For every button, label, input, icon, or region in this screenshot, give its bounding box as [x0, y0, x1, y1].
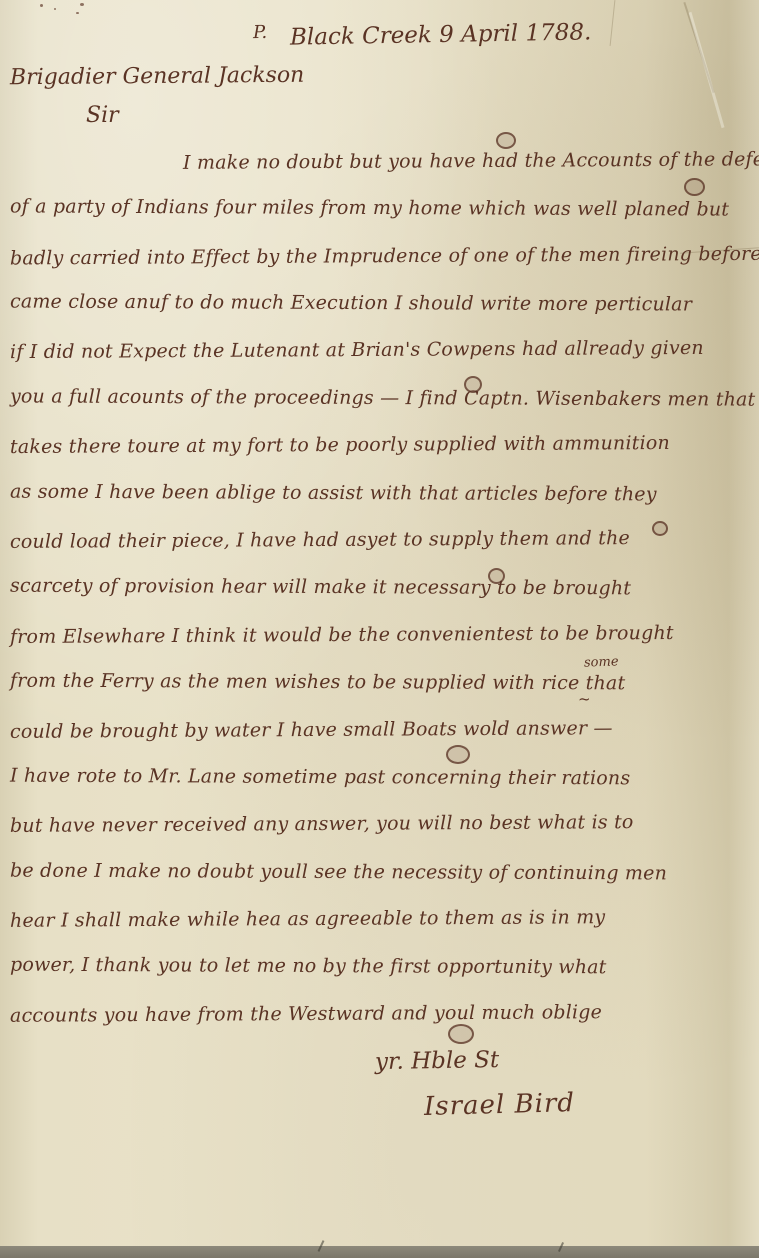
ink-blot — [684, 178, 705, 196]
body-line: I make no doubt but you have had the Acc… — [183, 148, 759, 174]
ink-blot — [448, 1024, 474, 1044]
body-line: hear I shall make while hea as agreeable… — [10, 906, 605, 932]
insertion-caret-icon: ~ — [578, 690, 591, 708]
ink-speck — [80, 3, 84, 6]
ink-blot — [446, 745, 470, 764]
body-line: scarcety of provision hear will make it … — [10, 575, 631, 600]
body-line: be done I make no doubt youll see the ne… — [10, 860, 667, 885]
ink-speck — [76, 12, 79, 14]
ink-blot — [496, 132, 516, 149]
paper-crease — [610, 0, 616, 46]
heading-mark: P. — [253, 22, 268, 43]
recipient-line: Brigadier General Jackson — [10, 63, 305, 91]
body-line: if I did not Expect the Lutenant at Bria… — [10, 337, 704, 363]
body-line: of a party of Indians four miles from my… — [10, 195, 729, 220]
body-line: could be brought by water I have small B… — [10, 717, 613, 743]
body-line: came close anuf to do much Execution I s… — [10, 291, 692, 316]
body-line: I have rote to Mr. Lane sometime past co… — [10, 765, 630, 790]
ink-blot — [464, 376, 482, 393]
closing: yr. Hble St — [375, 1047, 500, 1075]
body-line: could load their piece, I have had asyet… — [10, 527, 630, 553]
body-line: as some I have been ablige to assist wit… — [10, 481, 657, 506]
body-line: you a full acounts of the proceedings — … — [10, 385, 755, 410]
body-line: accounts you have from the Westward and … — [10, 1001, 602, 1027]
ink-blot — [652, 521, 668, 536]
paper-crease-highlight — [689, 12, 725, 128]
body-line: from Elsewhare I think it would be the c… — [10, 622, 674, 648]
body-line: but have never received any answer, you … — [10, 811, 634, 837]
ink-speck — [40, 4, 43, 7]
body-line: takes there toure at my fort to be poorl… — [10, 432, 670, 458]
ink-blot — [488, 568, 505, 584]
salutation: Sir — [86, 103, 119, 128]
scan-background-edge — [0, 1246, 759, 1258]
body-line: from the Ferry as the men wishes to be s… — [10, 670, 625, 695]
body-line: power, I thank you to let me no by the f… — [10, 954, 607, 979]
heading-place-date: Black Creek 9 April 1788. — [290, 19, 592, 50]
body-line: badly carried into Effect by the Imprude… — [10, 243, 759, 270]
insertion-word: some — [584, 654, 619, 670]
ink-speck — [54, 8, 56, 10]
letter-page: P. Black Creek 9 April 1788. Brigadier G… — [0, 0, 759, 1248]
signature: Israel Bird — [424, 1088, 576, 1122]
